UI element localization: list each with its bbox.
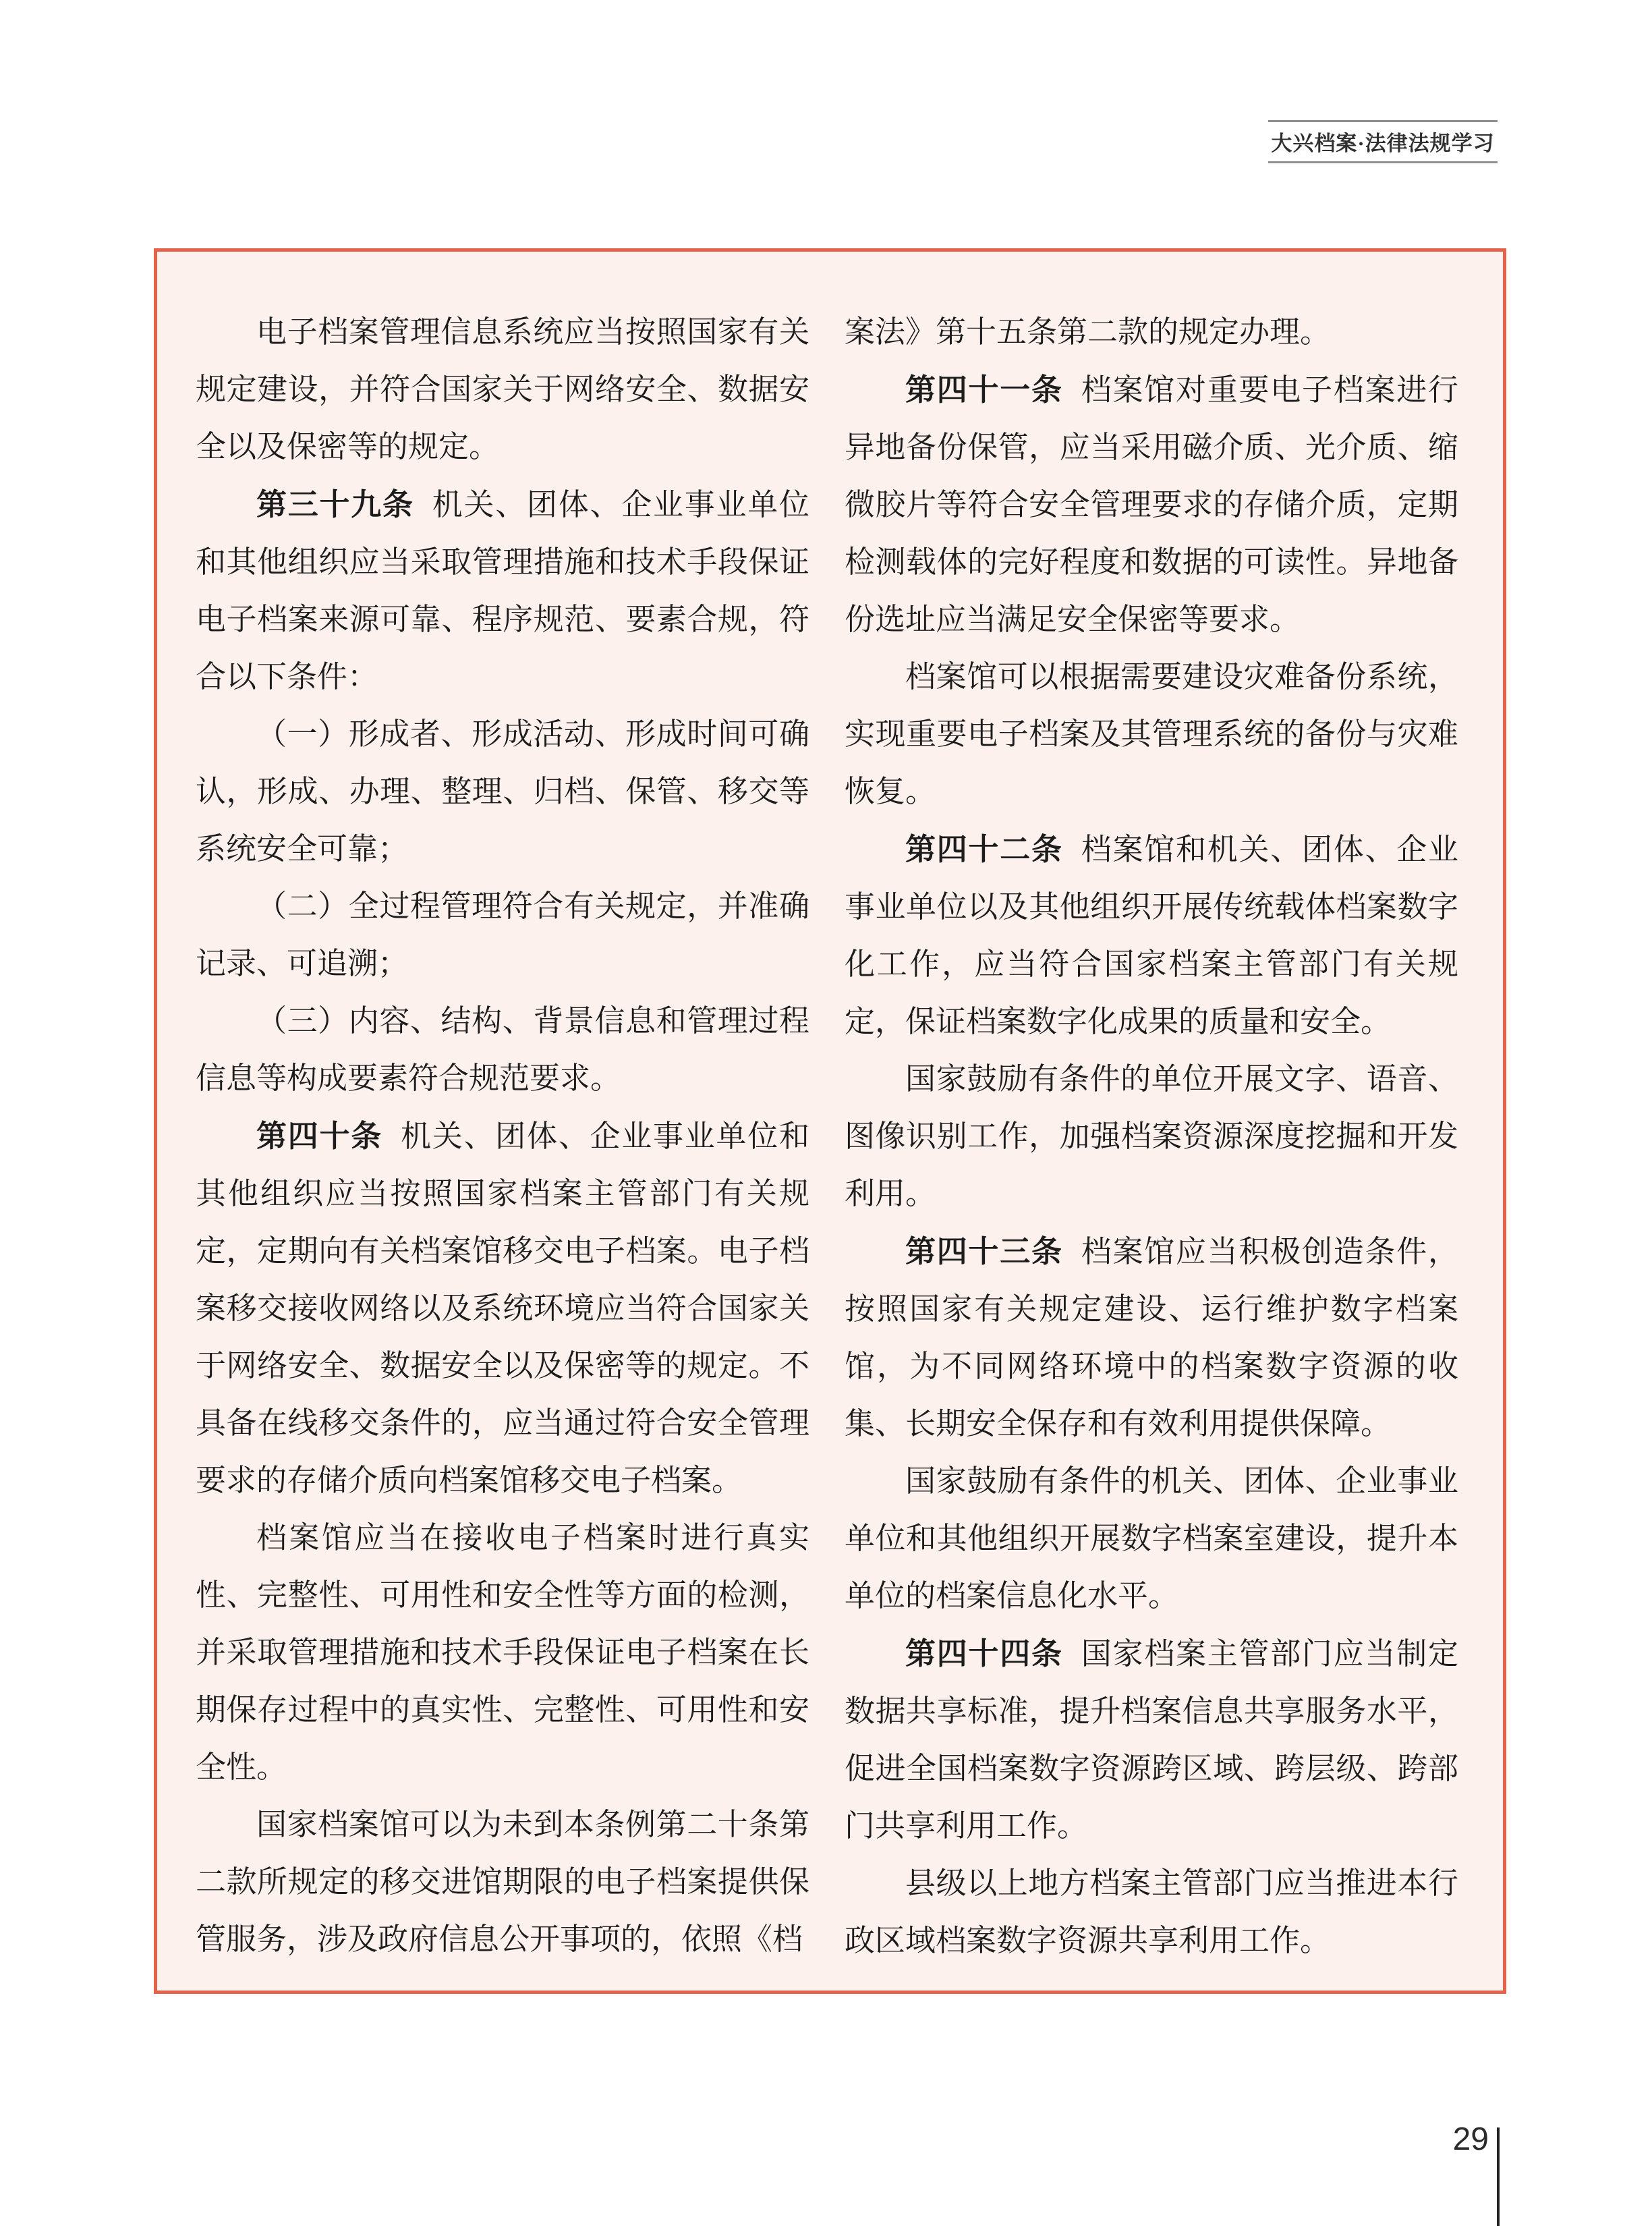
paragraph: 档案馆应当在接收电子档案时进行真实性、完整性、可用性和安全性等方面的检测，并采取… xyxy=(196,1509,809,1796)
paragraph-text: 档案馆对重要电子档案进行异地备份保管，应当采用磁介质、光介质、缩微胶片等符合安全… xyxy=(845,373,1458,636)
paragraph: 国家鼓励有条件的单位开展文字、语音、图像识别工作，加强档案资源深度挖掘和开发利用… xyxy=(845,1051,1458,1223)
paragraph: 第四十一条档案馆对重要电子档案进行异地备份保管，应当采用磁介质、光介质、缩微胶片… xyxy=(845,361,1458,648)
article-number: 第四十三条 xyxy=(905,1234,1063,1269)
paragraph-text: 档案馆可以根据需要建设灾难备份系统，实现重要电子档案及其管理系统的备份与灾难恢复… xyxy=(845,660,1458,808)
page-number: 29 xyxy=(1388,2123,1489,2156)
paragraph: 第三十九条机关、团体、企业事业单位和其他组织应当采取管理措施和技术手段保证电子档… xyxy=(196,476,809,706)
article-number: 第四十一条 xyxy=(905,372,1063,407)
document-page: 大兴档案·法律法规学习 电子档案管理信息系统应当按照国家有关规定建设，并符合国家… xyxy=(0,0,1652,2226)
paragraph: 档案馆可以根据需要建设灾难备份系统，实现重要电子档案及其管理系统的备份与灾难恢复… xyxy=(845,648,1458,820)
paragraph: （二）全过程管理符合有关规定，并准确记录、可追溯； xyxy=(196,878,809,993)
paragraph-text: 档案馆应当在接收电子档案时进行真实性、完整性、可用性和安全性等方面的检测，并采取… xyxy=(196,1521,809,1784)
paragraph-text: （二）全过程管理符合有关规定，并准确记录、可追溯； xyxy=(196,889,809,980)
paragraph: 电子档案管理信息系统应当按照国家有关规定建设，并符合国家关于网络安全、数据安全以… xyxy=(196,304,809,476)
paragraph-text: 电子档案管理信息系统应当按照国家有关规定建设，并符合国家关于网络安全、数据安全以… xyxy=(196,315,809,464)
paragraph: 第四十条机关、团体、企业事业单位和其他组织应当按照国家档案主管部门有关规定，定期… xyxy=(196,1107,809,1509)
running-head-rule-bottom xyxy=(1268,161,1498,163)
paragraph-text: （一）形成者、形成活动、形成时间可确认，形成、办理、整理、归档、保管、移交等系统… xyxy=(196,717,809,866)
paragraph-text: 国家鼓励有条件的单位开展文字、语音、图像识别工作，加强档案资源深度挖掘和开发利用… xyxy=(845,1062,1458,1211)
paragraph: 国家档案馆可以为未到本条例第二十条第二款所规定的移交进馆期限的电子档案提供保管服… xyxy=(196,1796,809,1968)
footer-rule xyxy=(1497,2127,1500,2226)
paragraph-text: 国家档案馆可以为未到本条例第二十条第二款所规定的移交进馆期限的电子档案提供保管服… xyxy=(196,1808,809,1956)
paragraph: 县级以上地方档案主管部门应当推进本行政区域档案数字资源共享利用工作。 xyxy=(845,1855,1458,1970)
paragraph: 第四十二条档案馆和机关、团体、企业事业单位以及其他组织开展传统载体档案数字化工作… xyxy=(845,820,1458,1051)
text-column-left: 电子档案管理信息系统应当按照国家有关规定建设，并符合国家关于网络安全、数据安全以… xyxy=(196,304,809,1968)
paragraph-continuation: 案法》第十五条第二款的规定办理。 xyxy=(845,304,1458,361)
running-head: 大兴档案·法律法规学习 xyxy=(1268,120,1498,163)
article-number: 第四十四条 xyxy=(905,1636,1063,1671)
paragraph: 第四十四条国家档案主管部门应当制定数据共享标准，提升档案信息共享服务水平，促进全… xyxy=(845,1625,1458,1855)
paragraph-text: 国家鼓励有条件的机关、团体、企业事业单位和其他组织开展数字档案室建设，提升本单位… xyxy=(845,1464,1458,1613)
paragraph: （一）形成者、形成活动、形成时间可确认，形成、办理、整理、归档、保管、移交等系统… xyxy=(196,706,809,878)
paragraph-text: （三）内容、结构、背景信息和管理过程信息等构成要素符合规范要求。 xyxy=(196,1004,809,1095)
text-column-right: 案法》第十五条第二款的规定办理。 第四十一条档案馆对重要电子档案进行异地备份保管… xyxy=(845,304,1458,1970)
article-number: 第三十九条 xyxy=(256,487,414,522)
paragraph-text: 机关、团体、企业事业单位和其他组织应当按照国家档案主管部门有关规定，定期向有关档… xyxy=(196,1119,809,1497)
article-number: 第四十条 xyxy=(256,1119,382,1153)
article-number: 第四十二条 xyxy=(905,832,1063,866)
paragraph-text: 县级以上地方档案主管部门应当推进本行政区域档案数字资源共享利用工作。 xyxy=(845,1866,1458,1957)
paragraph: 国家鼓励有条件的机关、团体、企业事业单位和其他组织开展数字档案室建设，提升本单位… xyxy=(845,1453,1458,1625)
paragraph-text: 案法》第十五条第二款的规定办理。 xyxy=(845,315,1330,349)
paragraph: （三）内容、结构、背景信息和管理过程信息等构成要素符合规范要求。 xyxy=(196,993,809,1107)
running-head-title: 大兴档案·法律法规学习 xyxy=(1268,122,1498,161)
paragraph: 第四十三条档案馆应当积极创造条件，按照国家有关规定建设、运行维护数字档案馆，为不… xyxy=(845,1223,1458,1453)
